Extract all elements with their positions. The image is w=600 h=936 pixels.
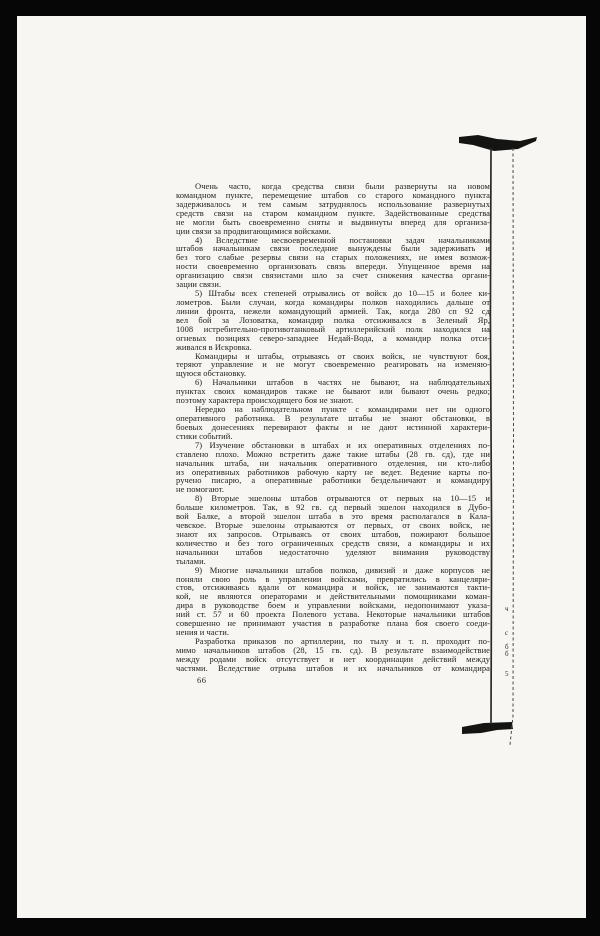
text-line: организацию связи связистами шло за счет… (176, 271, 490, 280)
crease-bottom-blob (462, 722, 513, 734)
crease-gutter-line (510, 148, 514, 745)
book-page: чсбб5 Очень часто, когда средства связи … (17, 16, 586, 918)
gutter-fragment-char: б (505, 651, 509, 658)
text-line: частями. Вследствие отрыва штабов и их н… (176, 664, 490, 673)
crease-top-blob (459, 135, 537, 151)
page-number: 66 (197, 675, 207, 685)
text-line: начальники штабов недостаточно уделяют в… (176, 548, 490, 557)
scanned-document: чсбб5 Очень часто, когда средства связи … (0, 0, 600, 936)
gutter-fragment-char: ч (505, 606, 509, 613)
body-text: Очень часто, когда средства связи были р… (176, 182, 490, 673)
gutter-fragment-char: 5 (505, 671, 509, 678)
gutter-fragment-char: с (505, 630, 508, 637)
crease-fold-line (490, 148, 491, 724)
